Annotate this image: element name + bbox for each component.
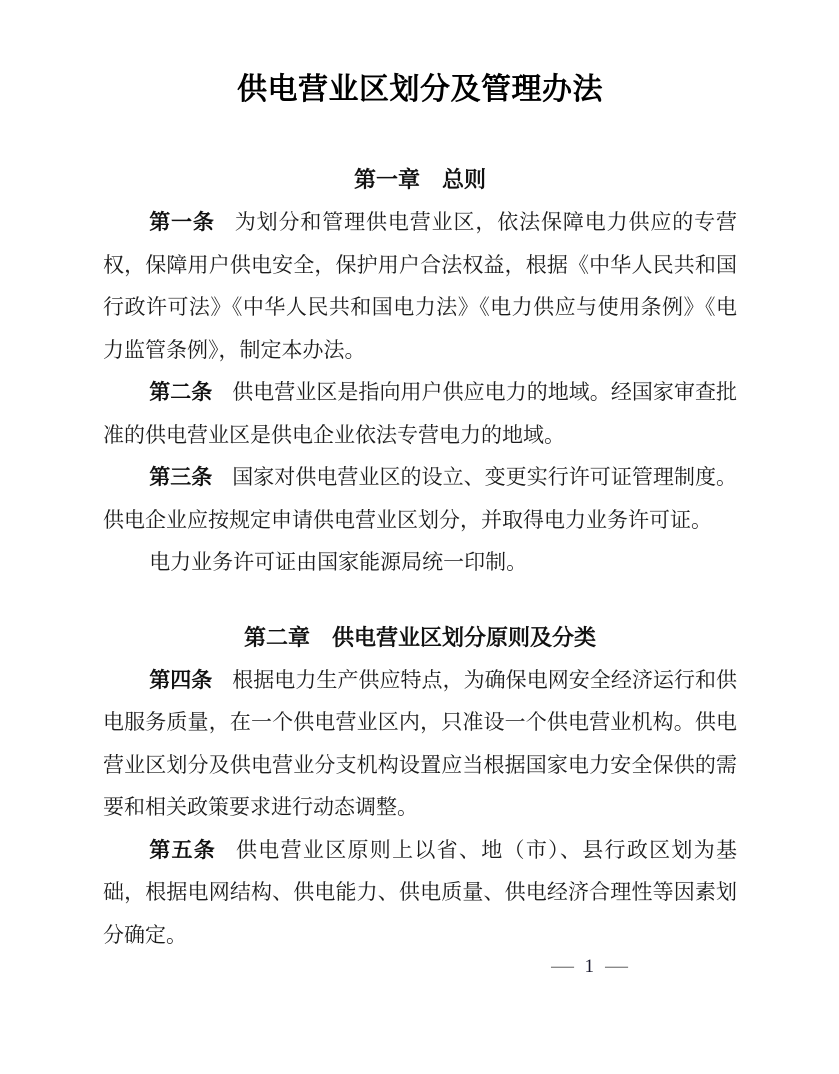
page-number: 1 xyxy=(585,957,595,977)
page-number-dash-left: — xyxy=(551,957,574,977)
chapter-2-heading: 第二章 供电营业区划分原则及分类 xyxy=(103,625,737,651)
article-4-label: 第四条 xyxy=(149,668,212,692)
article-3-continued-text: 电力业务许可证由国家能源局统一印制。 xyxy=(149,550,527,574)
document-title: 供电营业区划分及管理办法 xyxy=(103,70,737,110)
article-3-label: 第三条 xyxy=(149,465,212,489)
document-page: 供电营业区划分及管理办法 第一章 总则 第一条为划分和管理供电营业区，依法保障电… xyxy=(0,0,839,1074)
page-footer: — 1 — xyxy=(103,957,737,977)
document-content: 供电营业区划分及管理办法 第一章 总则 第一条为划分和管理供电营业区，依法保障电… xyxy=(0,70,839,977)
paragraph-article-2: 第二条供电营业区是指向用户供应电力的地域。经国家审查批准的供电营业区是供电企业依… xyxy=(103,371,737,456)
article-2-label: 第二条 xyxy=(149,380,212,404)
article-5-label: 第五条 xyxy=(149,838,216,862)
paragraph-article-3: 第三条国家对供电营业区的设立、变更实行许可证管理制度。供电企业应按规定申请供电营… xyxy=(103,456,737,541)
article-1-label: 第一条 xyxy=(149,210,215,234)
chapter-2: 第二章 供电营业区划分原则及分类 第四条根据电力生产供应特点，为确保电网安全经济… xyxy=(103,625,737,957)
paragraph-article-1: 第一条为划分和管理供电营业区，依法保障电力供应的专营权，保障用户供电安全，保护用… xyxy=(103,201,737,371)
chapter-1: 第一章 总则 第一条为划分和管理供电营业区，依法保障电力供应的专营权，保障用户供… xyxy=(103,167,737,584)
page-number-dash-right: — xyxy=(605,957,628,977)
paragraph-article-3-continued: 电力业务许可证由国家能源局统一印制。 xyxy=(103,541,737,584)
paragraph-article-4: 第四条根据电力生产供应特点，为确保电网安全经济运行和供电服务质量，在一个供电营业… xyxy=(103,659,737,829)
chapter-1-heading: 第一章 总则 xyxy=(103,167,737,193)
paragraph-article-5: 第五条供电营业区原则上以省、地（市）、县行政区划为基础，根据电网结构、供电能力、… xyxy=(103,829,737,957)
